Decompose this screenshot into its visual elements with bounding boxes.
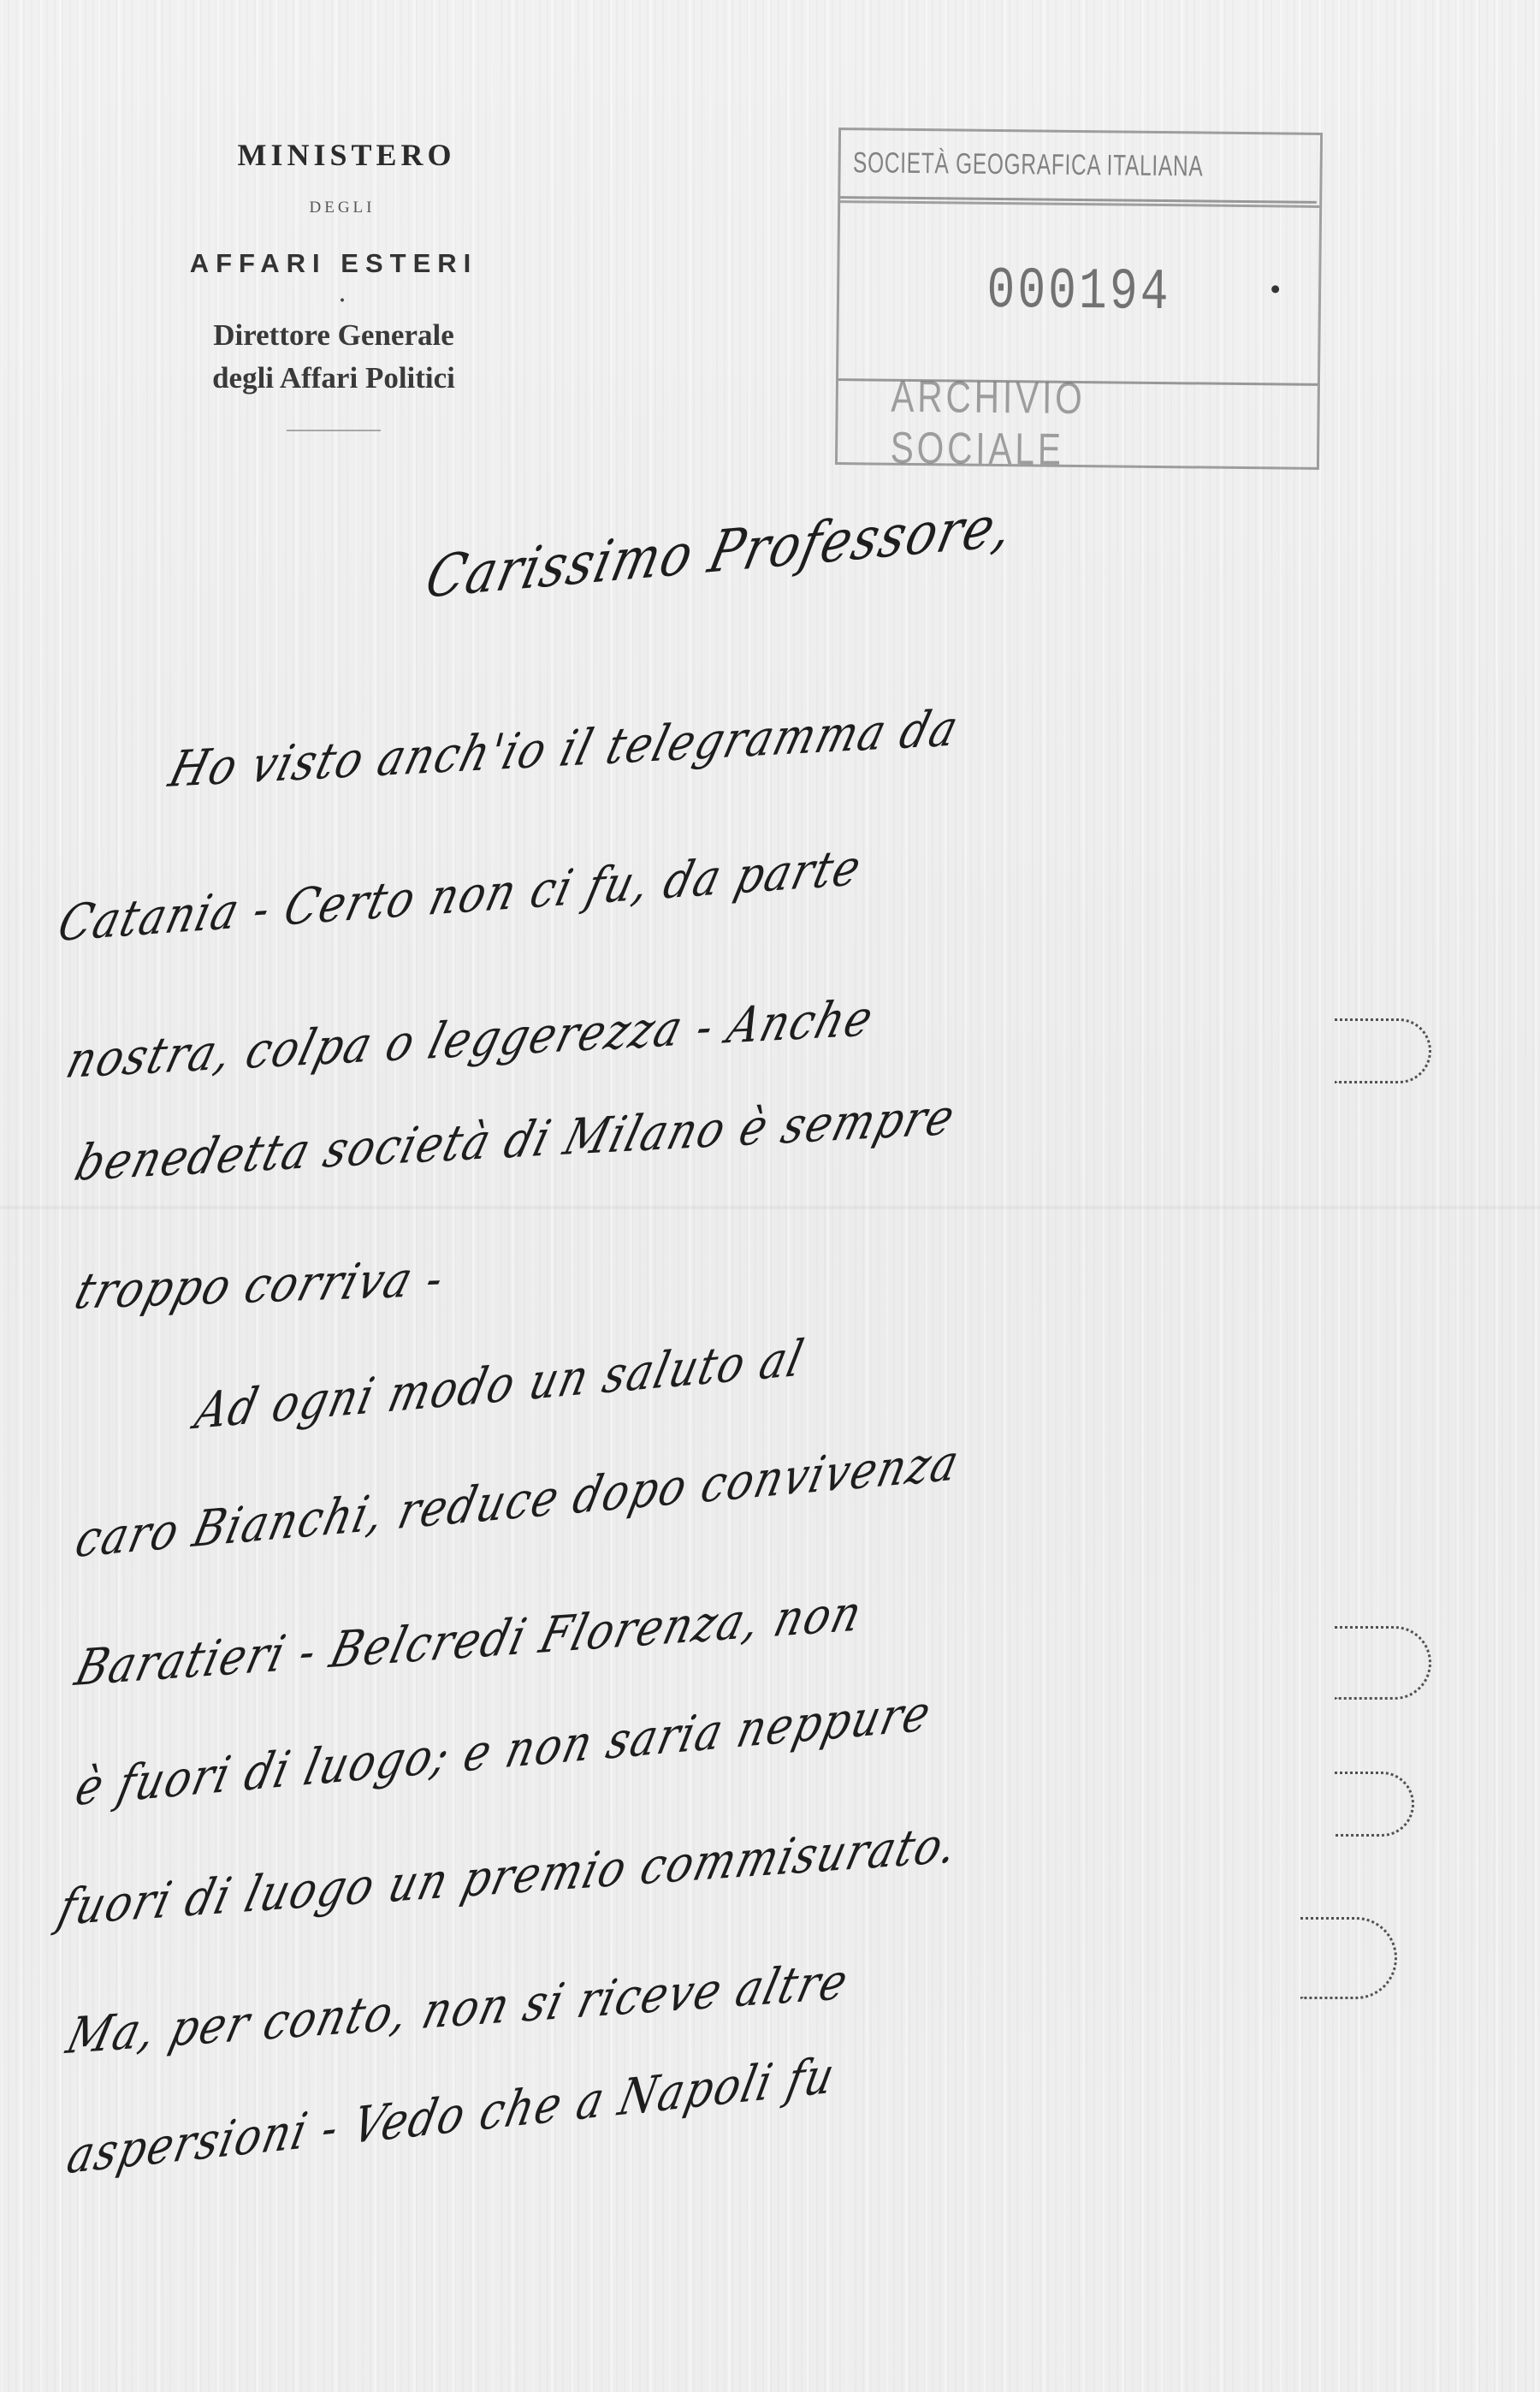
line-end-flourish [1335, 1772, 1414, 1837]
line-end-flourish [1335, 1018, 1431, 1083]
stamp-society-name: SOCIETÀ GEOGRAFICA ITALIANA [840, 130, 1317, 204]
letterhead-separator-dot: • [120, 294, 565, 308]
archive-stamp: SOCIETÀ GEOGRAFICA ITALIANA 000194 ARCHI… [835, 128, 1323, 470]
letterhead-degli: DEGLI [120, 199, 565, 217]
stamp-archive-label: ARCHIVIO SOCIALE [891, 386, 1265, 464]
letterhead-affari-politici: degli Affari Politici [103, 361, 565, 395]
letterhead-ministero: MINISTERO [128, 137, 565, 173]
letterhead-direttore-generale: Direttore Generale [103, 318, 565, 353]
letterhead-affari-esteri: AFFARI ESTERI [103, 248, 565, 279]
letterhead: MINISTERO DEGLI AFFARI ESTERI • Direttor… [103, 137, 565, 431]
letterhead-rule [287, 430, 381, 431]
line-end-flourish [1335, 1626, 1431, 1700]
paper-fold-crease [0, 1205, 1540, 1210]
line-end-flourish [1300, 1917, 1397, 1999]
stamp-archive-number: 000194 [887, 258, 1271, 328]
stamp-dot-mark [1271, 285, 1279, 293]
letter-line-5: troppo corriva - [76, 1253, 474, 1316]
